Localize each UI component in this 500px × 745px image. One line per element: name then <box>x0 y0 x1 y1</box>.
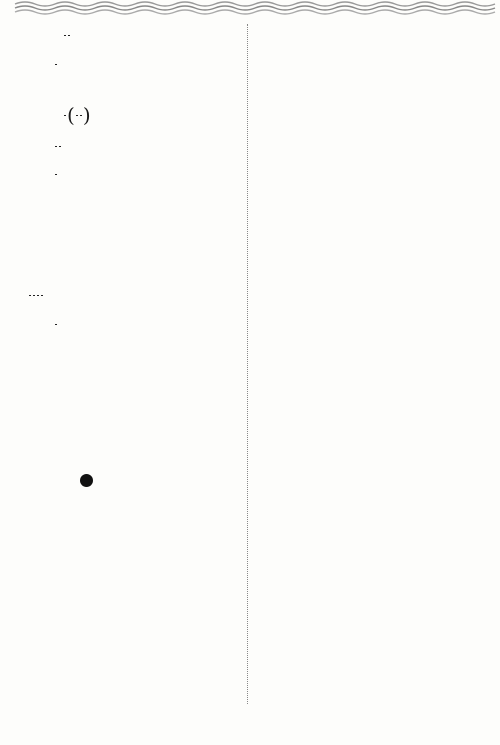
calc2-line2 <box>54 138 62 152</box>
column-divider <box>247 24 248 704</box>
sec1-q4-line1 <box>44 543 50 558</box>
calc1-line2 <box>54 56 58 70</box>
calc2-line1: () <box>63 107 91 122</box>
number-badge-icon <box>80 474 93 487</box>
top-wave-border <box>0 0 500 16</box>
sec4-a1 <box>54 316 58 330</box>
calc1-line1 <box>63 27 71 41</box>
sec1-q2-q3 <box>44 521 58 536</box>
sec4-q1 <box>28 287 44 302</box>
section-title <box>78 474 105 492</box>
calc2-line3 <box>54 166 58 180</box>
